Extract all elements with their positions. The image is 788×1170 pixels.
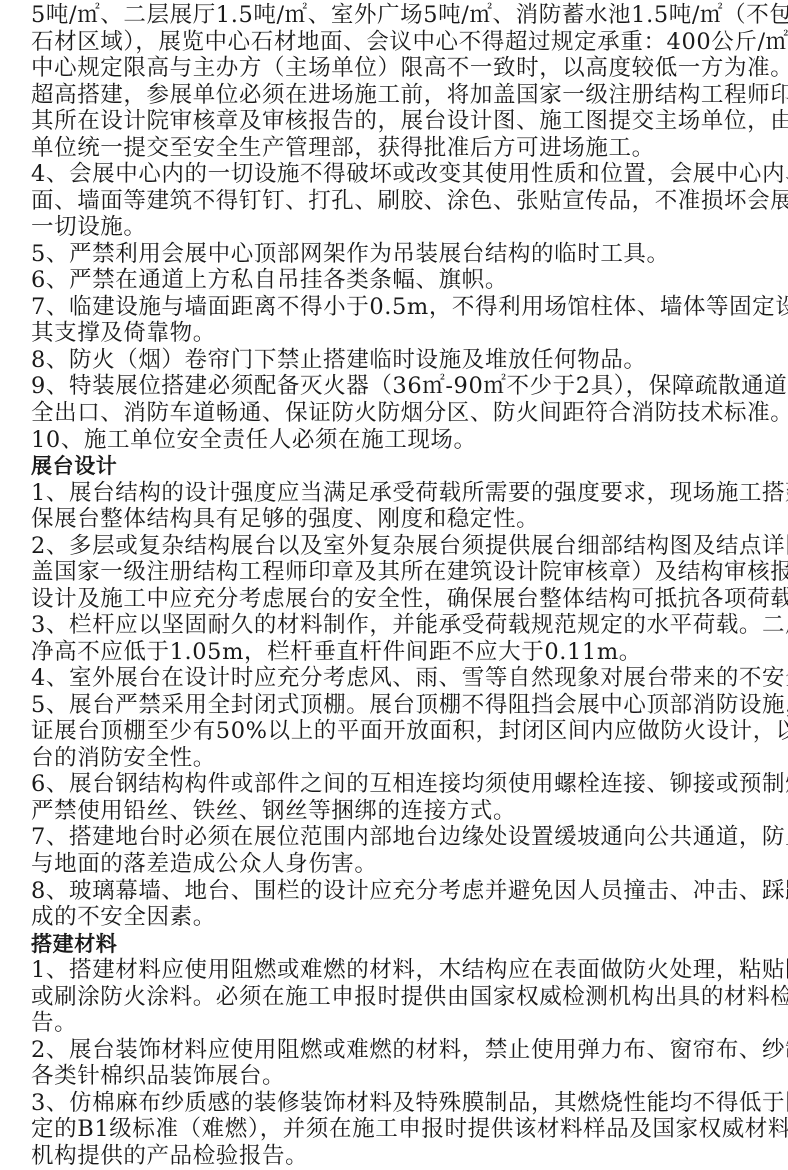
text-line: 6、展台钢结构构件或部件之间的互相连接均须使用螺栓连接、铆接或预制焊接，	[31, 771, 761, 798]
text-line: 单位统一提交至安全生产管理部，获得批准后方可进场施工。	[31, 135, 761, 162]
text-line: 6、严禁在通道上方私自吊挂各类条幅、旗帜。	[31, 267, 761, 294]
text-line: 4、会展中心内的一切设施不得破坏或改变其使用性质和位置，会展中心内、外地	[31, 161, 761, 188]
text-line: 成的不安全因素。	[31, 904, 761, 931]
text-line: 超高搭建，参展单位必须在进场施工前，将加盖国家一级注册结构工程师印章、	[31, 82, 761, 109]
text-line: 盖国家一级注册结构工程师印章及其所在建筑设计院审核章）及结构审核报告。	[31, 559, 761, 586]
text-line: 或刷涂防火涂料。必须在施工申报时提供由国家权威检测机构出具的材料检验报	[31, 984, 761, 1011]
text-line: 5、展台严禁采用全封闭式顶棚。展台顶棚不得阻挡会展中心顶部消防设施，要保	[31, 692, 761, 719]
text-line: 严禁使用铅丝、铁丝、钢丝等捆绑的连接方式。	[31, 798, 761, 825]
text-line: 7、临建设施与墙面距离不得小于0.5m，不得利用场馆柱体、墙体等固定设施做为	[31, 294, 761, 321]
text-line: 5、严禁利用会展中心顶部网架作为吊装展台结构的临时工具。	[31, 241, 761, 268]
text-line: 定的B1级标准（难燃），并须在施工申报时提供该材料样品及国家权威材料检测	[31, 1116, 761, 1143]
text-line: 8、防火（烟）卷帘门下禁止搭建临时设施及堆放任何物品。	[31, 347, 761, 374]
text-line: 保展台整体结构具有足够的强度、刚度和稳定性。	[31, 506, 761, 533]
text-line: 机构提供的产品检验报告。	[31, 1143, 761, 1170]
text-line: 石材区域），展览中心石材地面、会议中心不得超过规定承重：400公斤/㎡。会展	[31, 29, 761, 56]
text-line: 证展台顶棚至少有50%以上的平面开放面积，封闭区间内应做防火设计，以确保展	[31, 718, 761, 745]
text-line: 其所在设计院审核章及审核报告的，展台设计图、施工图提交主场单位，由主场	[31, 108, 761, 135]
text-line: 10、施工单位安全责任人必须在施工现场。	[31, 427, 761, 454]
text-line: 9、特装展位搭建必须配备灭火器（36㎡-90㎡不少于2具），保障疏散通道、安	[31, 373, 761, 400]
text-line: 全出口、消防车道畅通、保证防火防烟分区、防火间距符合消防技术标准。	[31, 400, 761, 427]
text-line: 净高不应低于1.05m，栏杆垂直杆件间距不应大于0.11m。	[31, 639, 761, 666]
text-line: 面、墙面等建筑不得钉钉、打孔、刷胶、涂色、张贴宣传品，不准损坏会展中心	[31, 188, 761, 215]
text-line: 2、多层或复杂结构展台以及室外复杂展台须提供展台细部结构图及结点详图（加	[31, 533, 761, 560]
text-line: 5吨/㎡、二层展厅1.5吨/㎡、室外广场5吨/㎡、消防蓄水池1.5吨/㎡（不包含	[31, 2, 761, 29]
text-line: 3、仿棉麻布纱质感的装修装饰材料及特殊膜制品，其燃烧性能均不得低于国家规	[31, 1090, 761, 1117]
text-line: 告。	[31, 1010, 761, 1037]
text-line: 其支撑及倚靠物。	[31, 320, 761, 347]
section-heading-building-materials: 搭建材料	[31, 931, 761, 958]
text-line: 7、搭建地台时必须在展位范围内部地台边缘处设置缓坡通向公共通道，防止地台	[31, 824, 761, 851]
text-line: 3、栏杆应以坚固耐久的材料制作，并能承受荷载规范规定的水平荷载。二层栏杆	[31, 612, 761, 639]
text-line: 8、玻璃幕墙、地台、围栏的设计应充分考虑并避免因人员撞击、冲击、踩踏等造	[31, 878, 761, 905]
text-line: 1、搭建材料应使用阻燃或难燃的材料，木结构应在表面做防火处理，粘贴防火板	[31, 957, 761, 984]
section-heading-booth-design: 展台设计	[31, 453, 761, 480]
text-line: 台的消防安全性。	[31, 745, 761, 772]
text-line: 4、室外展台在设计时应充分考虑风、雨、雪等自然现象对展台带来的不安全因素。	[31, 665, 761, 692]
text-line: 设计及施工中应充分考虑展台的安全性，确保展台整体结构可抵抗各项荷载。	[31, 586, 761, 613]
text-line: 中心规定限高与主办方（主场单位）限高不一致时，以高度较低一方为准。如需	[31, 55, 761, 82]
text-line: 1、展台结构的设计强度应当满足承受荷载所需要的强度要求，现场施工搭建应确	[31, 480, 761, 507]
text-line: 2、展台装饰材料应使用阻燃或难燃的材料，禁止使用弹力布、窗帘布、纱制品等	[31, 1037, 761, 1064]
text-line: 一切设施。	[31, 214, 761, 241]
text-line: 与地面的落差造成公众人身伤害。	[31, 851, 761, 878]
text-line: 各类针棉织品装饰展台。	[31, 1063, 761, 1090]
document-page: 5吨/㎡、二层展厅1.5吨/㎡、室外广场5吨/㎡、消防蓄水池1.5吨/㎡（不包含…	[31, 2, 761, 1169]
